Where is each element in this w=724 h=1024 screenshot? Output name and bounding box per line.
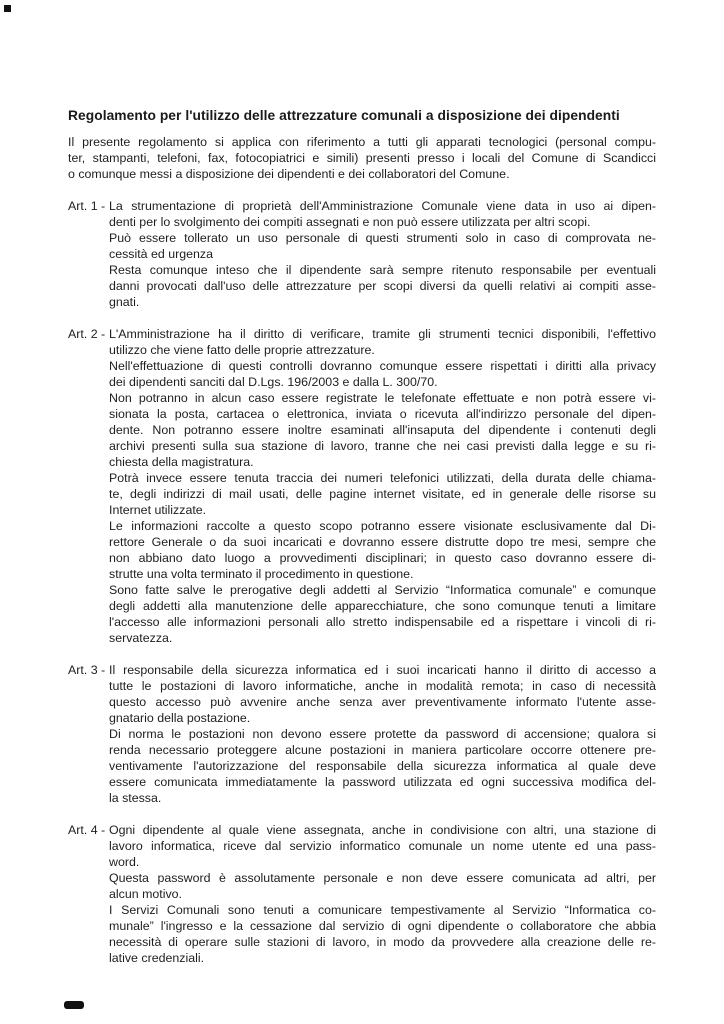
text-line: I Servizi Comunali sono tenuti a comunic… <box>109 902 656 918</box>
article-body: Il responsabile della sicurezza informat… <box>109 662 656 806</box>
text-line: Il responsabile della sicurezza informat… <box>109 662 656 678</box>
text-line: cessità ed urgenza <box>109 246 656 262</box>
text-line: lative credenziali. <box>109 950 656 966</box>
article-2: Art. 2 -L'Amministrazione ha il diritto … <box>68 326 656 646</box>
text-line: l'accesso alle informazioni personali al… <box>109 614 656 630</box>
text-line: la stessa. <box>109 790 656 806</box>
text-line: degli addetti alla manutenzione delle ap… <box>109 598 656 614</box>
text-line: Questa password è assolutamente personal… <box>109 870 656 886</box>
intro-paragraph: Il presente regolamento si applica con r… <box>68 134 656 182</box>
text-line: sionata la posta, cartacea o elettronica… <box>109 406 656 422</box>
text-line: Il presente regolamento si applica con r… <box>68 134 656 150</box>
text-line: munale” l'ingresso e la cessazione dal s… <box>109 918 656 934</box>
text-line: Resta comunque inteso che il dipendente … <box>109 262 656 278</box>
text-line: Ogni dipendente al quale viene assegnata… <box>109 822 656 838</box>
text-line: Non potranno in alcun caso essere regist… <box>109 390 656 406</box>
text-line: renda necessario proteggere alcune posta… <box>109 742 656 758</box>
text-line: strutte una volta terminato il procedime… <box>109 566 656 582</box>
document-content: Il presente regolamento si applica con r… <box>68 134 656 966</box>
text-line: tutte le postazioni di lavoro informatic… <box>109 678 656 694</box>
article-label: Art. 2 - <box>68 326 109 646</box>
scan-artifact-top-left <box>4 5 11 12</box>
text-line: questo accesso può avvenire anche senza … <box>109 694 656 710</box>
text-line: word. <box>109 854 656 870</box>
text-line: archivi presenti sulla sua stazione di l… <box>109 438 656 454</box>
text-line: te, degli indirizzi di mail usati, delle… <box>109 486 656 502</box>
text-line: o comunque messi a disposizione dei dipe… <box>68 166 656 182</box>
text-line: ventivamente l'autorizzazione del respon… <box>109 758 656 774</box>
text-line: Può essere tollerato un uso personale di… <box>109 230 656 246</box>
text-line: servatezza. <box>109 630 656 646</box>
text-line: Sono fatte salve le prerogative degli ad… <box>109 582 656 598</box>
text-line: dei dipendenti sanciti dal D.Lgs. 196/20… <box>109 374 656 390</box>
text-line: Le informazioni raccolte a questo scopo … <box>109 518 656 534</box>
document-title: Regolamento per l'utilizzo delle attrezz… <box>68 108 668 123</box>
article-label: Art. 1 - <box>68 198 109 310</box>
text-line: essere comunicata immediatamente la pass… <box>109 774 656 790</box>
text-line: dente. Non potranno essere inoltre esami… <box>109 422 656 438</box>
text-line: Nell'effettuazione di questi controlli d… <box>109 358 656 374</box>
articles-list: Art. 1 -La strumentazione di proprietà d… <box>68 198 656 966</box>
scan-artifact-bottom-left <box>64 1001 84 1009</box>
text-line: gnati. <box>109 294 656 310</box>
article-4: Art. 4 -Ogni dipendente al quale viene a… <box>68 822 656 966</box>
text-line: necessità di operare sulle stazioni di l… <box>109 934 656 950</box>
article-body: L'Amministrazione ha il diritto di verif… <box>109 326 656 646</box>
article-label: Art. 4 - <box>68 822 109 966</box>
text-line: gnatario della postazione. <box>109 710 656 726</box>
text-line: rettore Generale o da suoi incaricati e … <box>109 534 656 550</box>
text-line: La strumentazione di proprietà dell'Ammi… <box>109 198 656 214</box>
text-line: utilizzo che viene fatto delle proprie a… <box>109 342 656 358</box>
article-body: La strumentazione di proprietà dell'Ammi… <box>109 198 656 310</box>
article-1: Art. 1 -La strumentazione di proprietà d… <box>68 198 656 310</box>
document-page: Regolamento per l'utilizzo delle attrezz… <box>0 0 724 1024</box>
text-line: alcun motivo. <box>109 886 656 902</box>
text-line: chiesta della magistratura. <box>109 454 656 470</box>
article-label: Art. 3 - <box>68 662 109 806</box>
text-line: non abbiano dato luogo a provvedimenti d… <box>109 550 656 566</box>
text-line: ter, stampanti, telefoni, fax, fotocopia… <box>68 150 656 166</box>
text-line: danni provocati dall'uso delle attrezzat… <box>109 278 656 294</box>
article-3: Art. 3 -Il responsabile della sicurezza … <box>68 662 656 806</box>
text-line: Di norma le postazioni non devono essere… <box>109 726 656 742</box>
text-line: Potrà invece essere tenuta traccia dei n… <box>109 470 656 486</box>
text-line: denti per lo svolgimento dei compiti ass… <box>109 214 656 230</box>
text-line: L'Amministrazione ha il diritto di verif… <box>109 326 656 342</box>
article-body: Ogni dipendente al quale viene assegnata… <box>109 822 656 966</box>
text-line: lavoro informatica, riceve dal servizio … <box>109 838 656 854</box>
text-line: Internet utilizzate. <box>109 502 656 518</box>
